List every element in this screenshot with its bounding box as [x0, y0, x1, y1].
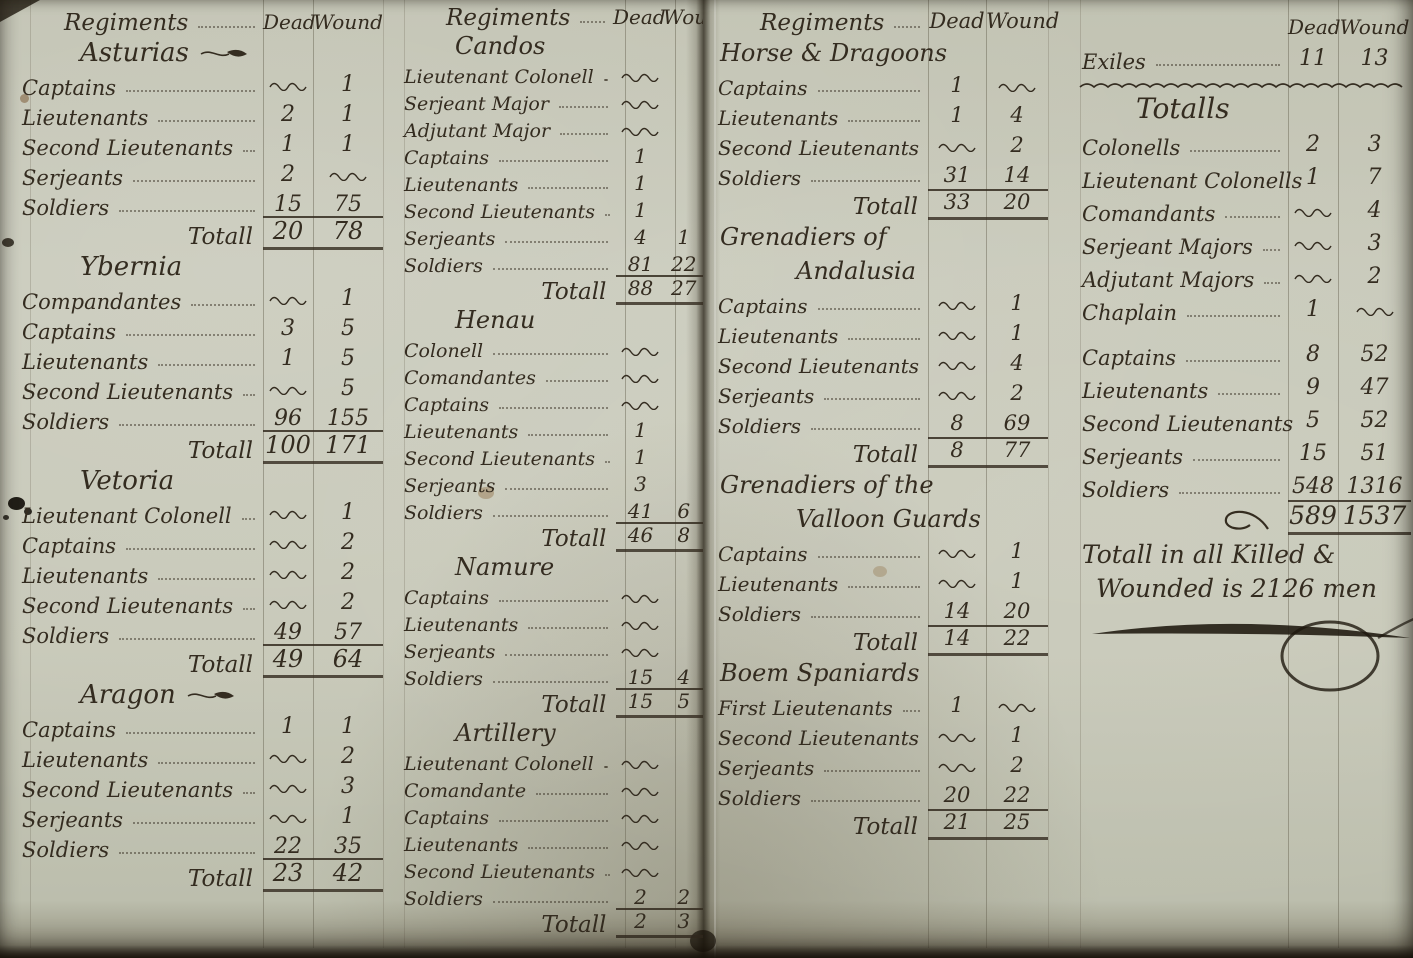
dead-value: 1: [928, 694, 986, 720]
none-mark: [997, 702, 1037, 712]
rank-label: Totall: [18, 866, 263, 892]
leader-dots: [1190, 149, 1280, 152]
regiments-header: Regiments: [400, 5, 570, 31]
wound-value: 1: [313, 715, 383, 742]
regiment-section: NamureCaptainsLieutenantsSerjeantsSoldie…: [400, 552, 703, 718]
dead-value: [616, 751, 664, 776]
none-mark: [937, 732, 977, 742]
total-row: Totall2125: [714, 810, 1050, 840]
leader-dots: [191, 303, 255, 306]
wound-value: 2: [1338, 265, 1411, 292]
rank-label-text: Lieutenant Colonells: [1078, 169, 1302, 193]
total-row: Totall8827: [400, 278, 703, 305]
rank-label: Captains: [400, 395, 616, 417]
rank-label: Comandants: [1078, 202, 1288, 226]
casualty-row: Lieutenant Colonells17: [1078, 160, 1413, 193]
dead-value: [616, 832, 664, 857]
none-mark: [620, 786, 660, 796]
casualty-row: Serjeant Major: [400, 89, 703, 116]
dead-value: [616, 859, 664, 884]
rank-label-text: Totall: [849, 194, 928, 220]
rank-label-text: Lieutenants: [400, 422, 518, 444]
none-mark: [328, 171, 368, 181]
wound-value: 20: [986, 189, 1048, 220]
rank-label: Captains: [18, 718, 263, 742]
casualty-row: Serjeants1: [18, 802, 388, 832]
rank-label-text: Totall: [849, 630, 928, 656]
rank-label: Soldiers: [400, 503, 616, 525]
dead-value: 8: [1288, 343, 1338, 370]
casualty-row: Captains1: [714, 288, 1050, 318]
casualty-row: Captains1: [714, 536, 1050, 566]
rank-label: Captains: [1078, 346, 1288, 370]
wound-value: 3: [665, 908, 703, 938]
casualty-row: Soldiers869: [714, 408, 1050, 438]
rank-label: Captains: [18, 320, 263, 344]
casualty-row: Soldiers5481316: [1078, 469, 1413, 502]
leader-dots: [605, 873, 608, 876]
casualty-row: Lieutenants1: [714, 566, 1050, 596]
leader-dots: [604, 78, 609, 81]
casualty-row: Serjeants3: [400, 471, 703, 498]
casualty-row: Lieutenants21: [18, 100, 388, 130]
leader-dots: [818, 307, 920, 310]
leader-dots: [133, 821, 255, 824]
dead-value: 1: [263, 347, 313, 374]
rank-label: Soldiers: [400, 889, 616, 911]
dead-value: 46: [616, 522, 664, 552]
wound-value: [665, 881, 703, 884]
total-row: Totall23: [400, 911, 703, 938]
leader-dots: [546, 379, 609, 382]
rank-label-text: Captains: [18, 320, 116, 344]
wound-value: 77: [986, 437, 1048, 468]
rank-label-text: Lieutenants: [18, 106, 148, 130]
rank-label: Soldiers: [400, 669, 616, 691]
casualty-row: Serjeant Majors3: [1078, 226, 1413, 259]
header-row: RegimentsDeadWound: [400, 4, 703, 31]
rank-label: Totall: [714, 630, 928, 656]
dead-value: [616, 365, 664, 390]
dead-value: 589: [1288, 500, 1338, 536]
regiment-title: Namure: [400, 552, 703, 583]
leader-dots: [1179, 491, 1280, 494]
dead-value: [928, 382, 986, 408]
wound-value: 69: [986, 412, 1048, 438]
rank-label-text: Compandantes: [18, 290, 181, 314]
rank-label-text: Second Lieutenants: [714, 355, 919, 378]
rank-label: Soldiers: [18, 624, 263, 648]
leader-dots: [158, 119, 255, 122]
rank-label: Serjeants: [18, 808, 263, 832]
rank-label-text: Captains: [400, 148, 489, 170]
none-mark: [268, 813, 308, 823]
casualty-row: Lieutenants14: [714, 100, 1050, 130]
regiment-title: Grenadiers of: [714, 220, 1050, 254]
leader-dots: [1187, 314, 1280, 317]
dead-value: 14: [928, 600, 986, 626]
dead-value: 1: [928, 74, 986, 100]
rank-label: [1078, 505, 1288, 535]
dead-value: 3: [263, 317, 313, 344]
dead-value: 1: [263, 715, 313, 742]
none-mark: [1293, 240, 1333, 250]
total-row: Totall4964: [18, 648, 388, 678]
regiment-title: Asturias: [18, 36, 388, 70]
wound-value: [665, 634, 703, 637]
casualty-row: Soldiers154: [400, 664, 703, 691]
casualty-row: Soldiers416: [400, 498, 703, 525]
wound-value: [665, 800, 703, 803]
wound-value: Wound: [986, 10, 1048, 36]
casualty-row: Second Lieutenants2: [18, 588, 388, 618]
rank-label: Captains: [400, 148, 616, 170]
rank-label: Colonells: [1078, 136, 1288, 160]
dead-value: 1: [263, 133, 313, 160]
leader-dots: [811, 615, 920, 618]
dead-value: 548: [1288, 475, 1338, 502]
casualty-row: Soldiers2022: [714, 780, 1050, 810]
regiment-title-text: Andalusia: [796, 254, 916, 288]
wound-value: 2: [313, 561, 383, 588]
rank-label: Captains: [714, 295, 928, 318]
dead-value: [928, 322, 986, 348]
leader-dots: [559, 105, 609, 108]
wound-value: [665, 194, 703, 197]
leader-dots: [894, 25, 920, 28]
casualty-row: Adjutant Majors2: [1078, 259, 1413, 292]
dead-value: [616, 612, 664, 637]
wound-value: [665, 360, 703, 363]
leader-dots: [499, 406, 608, 409]
casualty-row: Lieutenants1: [714, 318, 1050, 348]
rank-label-text: Soldiers: [1078, 478, 1169, 502]
regiment-title-text: Valloon Guards: [796, 502, 981, 536]
rank-label: Captains: [400, 588, 616, 610]
rank-label: Totall: [714, 442, 928, 468]
casualty-row: Second Lieutenants1: [714, 720, 1050, 750]
wound-value: [665, 827, 703, 830]
dead-value: [1288, 199, 1338, 226]
casualty-row: First Lieutenants1: [714, 690, 1050, 720]
wound-value: [986, 74, 1048, 100]
wound-value: 5: [313, 377, 383, 404]
rank-label: Soldiers: [714, 415, 928, 438]
regiment-section: Exiles1113: [1078, 41, 1413, 86]
dead-value: 1: [1288, 298, 1338, 325]
wound-value: 1316: [1338, 475, 1411, 502]
dead-value: [928, 540, 986, 566]
rank-label: Lieutenants: [714, 573, 928, 596]
dead-value: Dead: [263, 11, 313, 36]
title-swash: [186, 687, 238, 703]
regiments-header: Regiments: [714, 10, 884, 36]
rank-label-text: Serjeants: [400, 229, 495, 251]
rank-label-text: Lieutenant Colonell: [18, 504, 232, 528]
leader-dots: [126, 731, 255, 734]
casualty-row: Lieutenants: [400, 610, 703, 637]
rank-label: Soldiers: [1078, 478, 1288, 502]
leader-dots: [1193, 458, 1280, 461]
none-mark: [620, 867, 660, 877]
rank-label: Totall: [18, 438, 263, 464]
total-row: Totall155: [400, 691, 703, 718]
rank-label: Chaplain: [1078, 301, 1288, 325]
dead-value: 5: [1288, 409, 1338, 436]
none-mark: [620, 759, 660, 769]
rank-label: Captains: [714, 543, 928, 566]
wound-value: 13: [1338, 47, 1411, 74]
none-mark: [268, 599, 308, 609]
wound-value: 5: [313, 347, 383, 374]
wound-value: [665, 854, 703, 857]
dead-value: [616, 64, 664, 89]
rank-label-text: Lieutenants: [714, 573, 838, 596]
regiment-title: Candos: [400, 31, 703, 62]
rank-label: Soldiers: [18, 410, 263, 434]
leader-dots: [848, 337, 920, 340]
header-row: DeadWound: [1078, 8, 1413, 41]
none-mark: [268, 783, 308, 793]
regiment-section: AragonCaptains11Lieutenants2Second Lieut…: [18, 678, 388, 892]
none-mark: [620, 126, 660, 136]
regiment-section: HenauColonellComandantesCaptainsLieutena…: [400, 305, 703, 552]
wound-value: [665, 661, 703, 664]
rank-label: Totall: [400, 279, 616, 305]
leader-dots: [243, 607, 255, 610]
total-row: Totall2342: [18, 862, 388, 892]
none-mark: [937, 360, 977, 370]
rank-label-text: Lieutenants: [18, 748, 148, 772]
wound-value: 5: [665, 688, 703, 718]
regiment-title-text: Boem Spaniards: [720, 656, 919, 690]
dead-value: 1: [616, 145, 664, 170]
dead-value: [928, 352, 986, 378]
regiment-title-text: Ybernia: [80, 250, 182, 284]
rank-label: Compandantes: [18, 290, 263, 314]
rank-label-text: Second Lieutenants: [18, 380, 233, 404]
rank-label: Totall: [18, 652, 263, 678]
wound-value: 1: [313, 287, 383, 314]
rank-label-text: Lieutenant Colonell: [400, 67, 594, 89]
regiment-title: Artillery: [400, 718, 703, 749]
leader-dots: [133, 179, 255, 182]
casualty-row: Second Lieutenants1: [400, 197, 703, 224]
leader-dots: [848, 119, 920, 122]
wound-value: 27: [665, 275, 703, 305]
total-flourish: [1210, 505, 1274, 535]
rank-label-text: Second Lieutenants: [400, 862, 595, 884]
rank-label-text: Soldiers: [714, 787, 801, 810]
rank-label: Soldiers: [714, 787, 928, 810]
wound-value: 2: [986, 134, 1048, 160]
leader-dots: [243, 393, 255, 396]
dead-value: 8: [928, 437, 986, 468]
rank-label: Lieutenants: [18, 748, 263, 772]
rank-label-text: Soldiers: [400, 669, 483, 691]
rank-label: Second Lieutenants: [714, 355, 928, 378]
dead-value: [263, 591, 313, 618]
none-mark: [268, 509, 308, 519]
wound-value: [1338, 298, 1411, 325]
casualty-row: Chaplain1: [1078, 292, 1413, 325]
wound-value: 78: [313, 216, 383, 250]
rank-label-text: Totall: [184, 224, 263, 250]
wound-value: [665, 607, 703, 610]
rank-label: Lieutenants: [400, 615, 616, 637]
regiment-title-text: Aragon: [80, 678, 176, 712]
regiment-title: Andalusia: [714, 254, 1050, 288]
total-row: 5891537: [1078, 502, 1413, 535]
dead-value: 3: [616, 473, 664, 498]
casualty-row: Captains2: [18, 528, 388, 558]
rank-label: First Lieutenants: [714, 697, 928, 720]
rank-label: Second Lieutenants: [18, 778, 263, 802]
total-row: Totall2078: [18, 220, 388, 250]
wound-value: 52: [1338, 409, 1411, 436]
wound-value: [986, 694, 1048, 720]
regiment-title-text: Asturias: [80, 36, 189, 70]
wound-value: 2: [313, 531, 383, 558]
casualty-row: Second Lieutenants3: [18, 772, 388, 802]
dead-value: [263, 287, 313, 314]
dead-value: [263, 501, 313, 528]
leader-dots: [499, 819, 608, 822]
rank-label: Captains: [714, 77, 928, 100]
rank-label: Second Lieutenants: [400, 862, 616, 884]
wound-value: 1: [313, 103, 383, 130]
casualty-row: Serjeants2: [714, 750, 1050, 780]
rank-label: Lieutenants: [18, 564, 263, 588]
wound-value: 171: [313, 430, 383, 464]
leader-dots: [126, 89, 255, 92]
wound-value: 1: [313, 133, 383, 160]
rank-label-text: Soldiers: [714, 603, 801, 626]
dead-value: 20: [928, 784, 986, 810]
rank-label: Regiments: [714, 10, 928, 36]
casualty-row: Compandantes1: [18, 284, 388, 314]
wound-value: 22: [986, 784, 1048, 810]
rank-label-text: Serjeants: [400, 642, 495, 664]
regiment-title: Ybernia: [18, 250, 388, 284]
title-swash: [199, 45, 251, 61]
note-line-1: Totall in all Killed &: [1082, 538, 1413, 572]
rank-label: Second Lieutenants: [400, 449, 616, 471]
casualty-row: Lieutenants1: [400, 417, 703, 444]
regiment-section: VetoriaLieutenant Colonell1Captains2Lieu…: [18, 464, 388, 678]
rank-label: Second Lieutenants: [714, 137, 928, 160]
casualty-row: Serjeants1551: [1078, 436, 1413, 469]
leader-dots: [1263, 248, 1280, 251]
none-mark: [1355, 306, 1395, 316]
leader-dots: [493, 352, 608, 355]
ink-blot: [3, 515, 9, 520]
wound-value: 25: [986, 809, 1048, 840]
rank-label-text: Lieutenants: [714, 325, 838, 348]
casualty-row: Lieutenant Colonell: [400, 749, 703, 776]
wound-value: 1: [665, 226, 703, 251]
dead-value: [928, 134, 986, 160]
photo-edge: [0, 945, 1413, 958]
casualty-row: Captains: [400, 803, 703, 830]
none-mark: [620, 647, 660, 657]
dead-value: [616, 392, 664, 417]
regiment-title-text: Candos: [455, 31, 545, 62]
wound-value: 1: [986, 724, 1048, 750]
leader-dots: [1225, 215, 1280, 218]
wound-value: 3: [313, 775, 383, 802]
leader-dots: [536, 792, 608, 795]
dead-value: 31: [928, 164, 986, 190]
rank-label-text: Soldiers: [18, 410, 109, 434]
none-mark: [620, 373, 660, 383]
rank-label-text: Serjeants: [18, 808, 123, 832]
rank-label-text: Captains: [1078, 346, 1176, 370]
dead-value: [1288, 265, 1338, 292]
leader-dots: [605, 460, 608, 463]
rank-label-text: Totall: [537, 526, 616, 552]
rank-label-text: Comandants: [1078, 202, 1215, 226]
rank-label: Totall: [18, 224, 263, 250]
rank-label: Regiments: [400, 5, 613, 31]
leader-dots: [119, 423, 255, 426]
rank-label: Colonell: [400, 341, 616, 363]
wound-value: [665, 387, 703, 390]
dead-value: [616, 639, 664, 664]
rank-label-text: Adjutant Major: [400, 121, 550, 143]
leader-dots: [505, 653, 608, 656]
rank-label-text: Second Lieutenants: [714, 727, 919, 750]
dead-value: 15: [616, 688, 664, 718]
regiment-title-text: Namure: [455, 552, 554, 583]
rank-label: Regiments: [18, 10, 263, 36]
casualty-row: Colonells23: [1078, 127, 1413, 160]
regiments-header: Regiments: [18, 10, 188, 36]
rank-label-text: Totall: [184, 866, 263, 892]
rank-label-text: Second Lieutenants: [18, 778, 233, 802]
rank-label-text: Second Lieutenants: [400, 449, 595, 471]
casualty-row: Second Lieutenants: [400, 857, 703, 884]
casualty-row: Captains: [400, 583, 703, 610]
rank-label-text: Colonells: [1078, 136, 1180, 160]
none-mark: [997, 82, 1037, 92]
regiment-section: ArtilleryLieutenant ColonellComandanteCa…: [400, 718, 703, 938]
casualty-row: Comandante: [400, 776, 703, 803]
rank-label: Soldiers: [714, 167, 928, 190]
wound-value: 47: [1338, 376, 1411, 403]
wound-value: [313, 163, 383, 190]
rank-label-text: Totall: [184, 652, 263, 678]
wound-value: 1: [986, 322, 1048, 348]
leader-dots: [119, 209, 255, 212]
casualty-row: Soldiers1420: [714, 596, 1050, 626]
leader-dots: [243, 791, 255, 794]
dead-value: 1: [616, 419, 664, 444]
regiment-section: YberniaCompandantes1Captains35Lieutenant…: [18, 250, 388, 464]
leader-dots: [158, 363, 255, 366]
header-row: RegimentsDeadWound: [714, 6, 1050, 36]
casualty-row: Lieutenant Colonell1: [18, 498, 388, 528]
rank-label-text: First Lieutenants: [714, 697, 893, 720]
rank-label: Exiles: [1078, 50, 1288, 74]
rank-label-text: Chaplain: [1078, 301, 1177, 325]
regiment-title: Grenadiers of the: [714, 468, 1050, 502]
rank-label: Serjeants: [1078, 445, 1288, 469]
rank-label: Lieutenants: [400, 175, 616, 197]
leader-dots: [818, 555, 920, 558]
rank-label-text: Soldiers: [400, 256, 483, 278]
wound-value: 7: [1338, 166, 1411, 193]
